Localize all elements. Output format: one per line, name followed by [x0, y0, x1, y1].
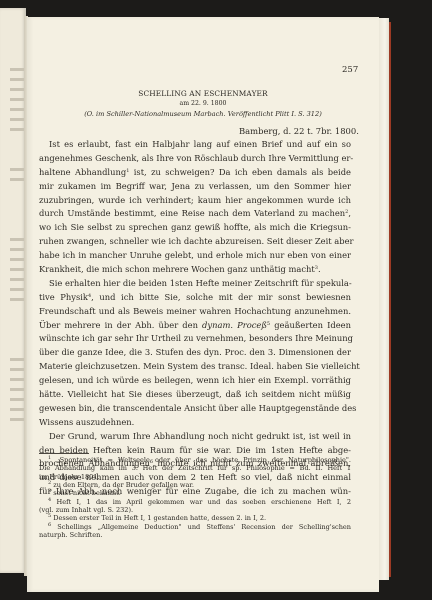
book-cover-edge — [389, 22, 391, 577]
footnote-number: 2 — [48, 480, 51, 486]
text-line: gelesen, und ich würde es beilegen, wenn… — [39, 374, 351, 388]
text-line: wünschte ich gar sehr Ihr Urtheil zu ver… — [39, 332, 351, 346]
footnote-line: Die Abhandlung kam im 3. Heft der Zeitsc… — [39, 464, 351, 472]
text-line: habe ich in mancher Unruhe gelebt, und e… — [39, 249, 351, 263]
text-line: Sie erhalten hier die beiden 1sten Hefte… — [39, 277, 351, 291]
text-line: Krankheit, die mich schon mehrere Wochen… — [39, 263, 351, 277]
footnote-number: 3 — [48, 488, 51, 494]
footnote-marker: 1 — [126, 168, 129, 174]
letter-body: Ist es erlaubt, fast ein Halbjahr lang a… — [39, 138, 351, 499]
text-line: haltene Abhandlung1 ist, zu schweigen? D… — [39, 166, 351, 180]
source-note: (O. im Schiller-Nationalmuseum Marbach. … — [27, 110, 379, 118]
text-line: ruhen zwangen, schneller wie ich dachte … — [39, 235, 351, 249]
previous-page-edge — [0, 8, 26, 573]
footnote-number: 6 — [48, 522, 51, 528]
text-line: Wissens auszudehnen. — [39, 416, 351, 430]
footnote-number: 4 — [48, 497, 51, 503]
footnote-number: 5 — [48, 513, 51, 519]
footnote-line: naturph. Schriften. — [39, 531, 351, 539]
footnote-line: im Frühjahr 1801. — [39, 473, 351, 481]
text-line: Materie gleichzusetzen. Mein System des … — [39, 360, 351, 374]
footnote-number: 1 — [48, 455, 51, 461]
footnote-line: 5 Dessen erster Teil in Heft I, 1 gestan… — [39, 514, 351, 522]
footnote-line: 6 Schellings „Allgemeine Deduction" und … — [39, 523, 351, 531]
text-line: Freundschaft und als Beweis meiner wahre… — [39, 305, 351, 319]
footnote-marker: 5 — [267, 321, 270, 327]
place-date-line: Bamberg, d. 22 t. 7br. 1800. — [239, 126, 359, 136]
footnote-marker: 3 — [315, 265, 318, 271]
footnote-marker: 4 — [88, 293, 91, 299]
text-line: durch Umstände bestimmt, eine Reise nach… — [39, 207, 351, 221]
book-page: 257 SCHELLING AN ESCHENMAYER am 22. 9. 1… — [27, 17, 379, 592]
letter-heading: SCHELLING AN ESCHENMAYER — [27, 89, 379, 98]
footnotes: 1 „Spontaneität = Weltseele oder über da… — [39, 456, 351, 539]
text-line: wo ich Sie selbst zu sprechen ganz gewiß… — [39, 221, 351, 235]
text-line: Ist es erlaubt, fast ein Halbjahr lang a… — [39, 138, 351, 152]
text-line: zuzubringen, wurde ich verhindert; kaum … — [39, 194, 351, 208]
text-line: mir zukamen im Begriff war, Jena zu verl… — [39, 180, 351, 194]
text-line: Über mehrere in der Abh. über den dynam.… — [39, 319, 351, 333]
footnote-marker: 2 — [345, 209, 348, 215]
text-line: Der Grund, warum Ihre Abhandlung noch ni… — [39, 430, 351, 444]
text-line: hätte. Vielleicht hat Sie dieses überzeu… — [39, 388, 351, 402]
page-number: 257 — [342, 65, 358, 75]
letter-date: am 22. 9. 1800 — [27, 100, 379, 107]
text-line: tive Physik4, und ich bitte Sie, solche … — [39, 291, 351, 305]
footnote-divider — [39, 453, 89, 454]
text-line: gewesen bin, die transcendentale Ansicht… — [39, 402, 351, 416]
page-stack-edge — [379, 18, 389, 580]
book-photo: 257 SCHELLING AN ESCHENMAYER am 22. 9. 1… — [0, 0, 432, 600]
footnote-line: 4 Heft I, 1 das im April gekommen war un… — [39, 498, 351, 506]
text-line: über die ganze Idee, die 3. Stufen des d… — [39, 346, 351, 360]
text-line: angenehmes Geschenk, als Ihre von Röschl… — [39, 152, 351, 166]
footnote-line: 1 „Spontaneität = Weltseele oder über da… — [39, 456, 351, 464]
footnote-line: 3 sonst nicht bekannt. — [39, 489, 351, 497]
